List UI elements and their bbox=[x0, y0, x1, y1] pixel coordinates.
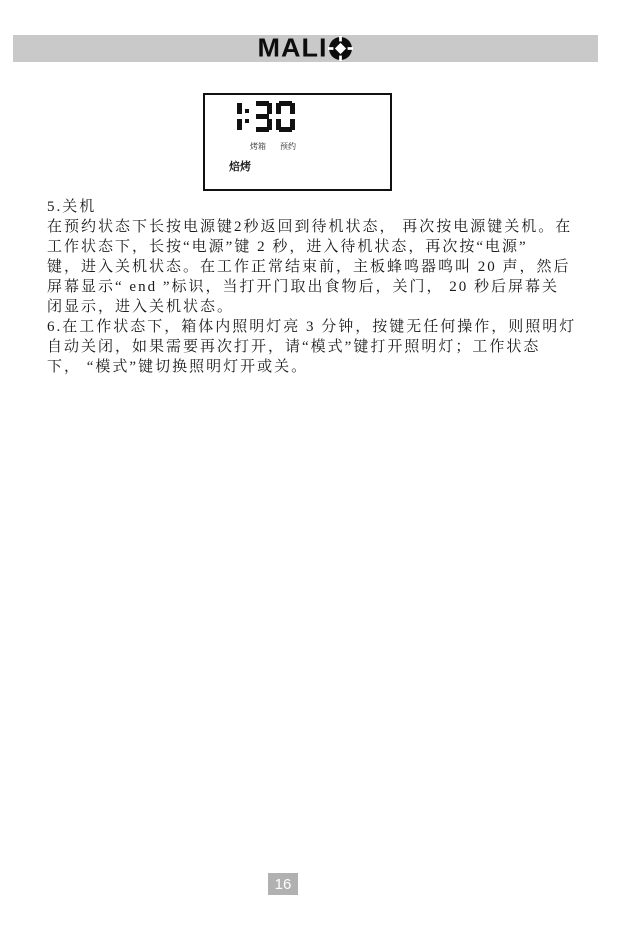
lcd-label-preset: 预约 bbox=[280, 141, 296, 152]
brand-logo-text: MALI bbox=[258, 36, 328, 62]
instruction-line: 屏幕显示“ end ”标识，当打开门取出食物后，关门， 20 秒后屏幕关 bbox=[47, 277, 577, 297]
lcd-status-labels: 烤箱 预约 bbox=[250, 141, 296, 152]
oven-display-panel: 烤箱 预约 焙烤 bbox=[203, 93, 392, 191]
lcd-label-oven: 烤箱 bbox=[250, 141, 266, 152]
instructions-section: 5.关机 在预约状态下长按电源键2秒返回到待机状态， 再次按电源键关机。在 工作… bbox=[47, 197, 577, 377]
instruction-line: 在预约状态下长按电源键2秒返回到待机状态， 再次按电源键关机。在 bbox=[47, 217, 577, 237]
lcd-mode-label: 焙烤 bbox=[229, 158, 251, 174]
page-number-badge: 16 bbox=[268, 873, 298, 895]
instruction-line: 工作状态下，长按“电源”键 2 秒，进入待机状态，再次按“电源” bbox=[47, 237, 577, 257]
brand-header: MALI bbox=[13, 35, 598, 62]
brand-logo: MALI bbox=[258, 35, 354, 62]
instruction-line: 自动关闭，如果需要再次打开，请“模式”键打开照明灯；工作状态 bbox=[47, 337, 577, 357]
manual-page: MALI 烤箱 预约 焙烤 5.关机 在预约状态下长按电源键2秒返回到待机状态，… bbox=[0, 0, 620, 925]
instruction-line: 下， “模式”键切换照明灯开或关。 bbox=[47, 357, 577, 377]
instruction-line: 6.在工作状态下，箱体内照明灯亮 3 分钟，按键无任何操作，则照明灯 bbox=[47, 317, 577, 337]
instruction-line: 键，进入关机状态。在工作正常结束前，主板蜂鸣器鸣叫 20 声，然后 bbox=[47, 257, 577, 277]
instruction-line: 闭显示，进入关机状态。 bbox=[47, 297, 577, 317]
lcd-time-display bbox=[221, 100, 297, 132]
segmented-o-icon bbox=[328, 36, 353, 61]
instruction-heading-shutdown: 5.关机 bbox=[47, 197, 577, 217]
